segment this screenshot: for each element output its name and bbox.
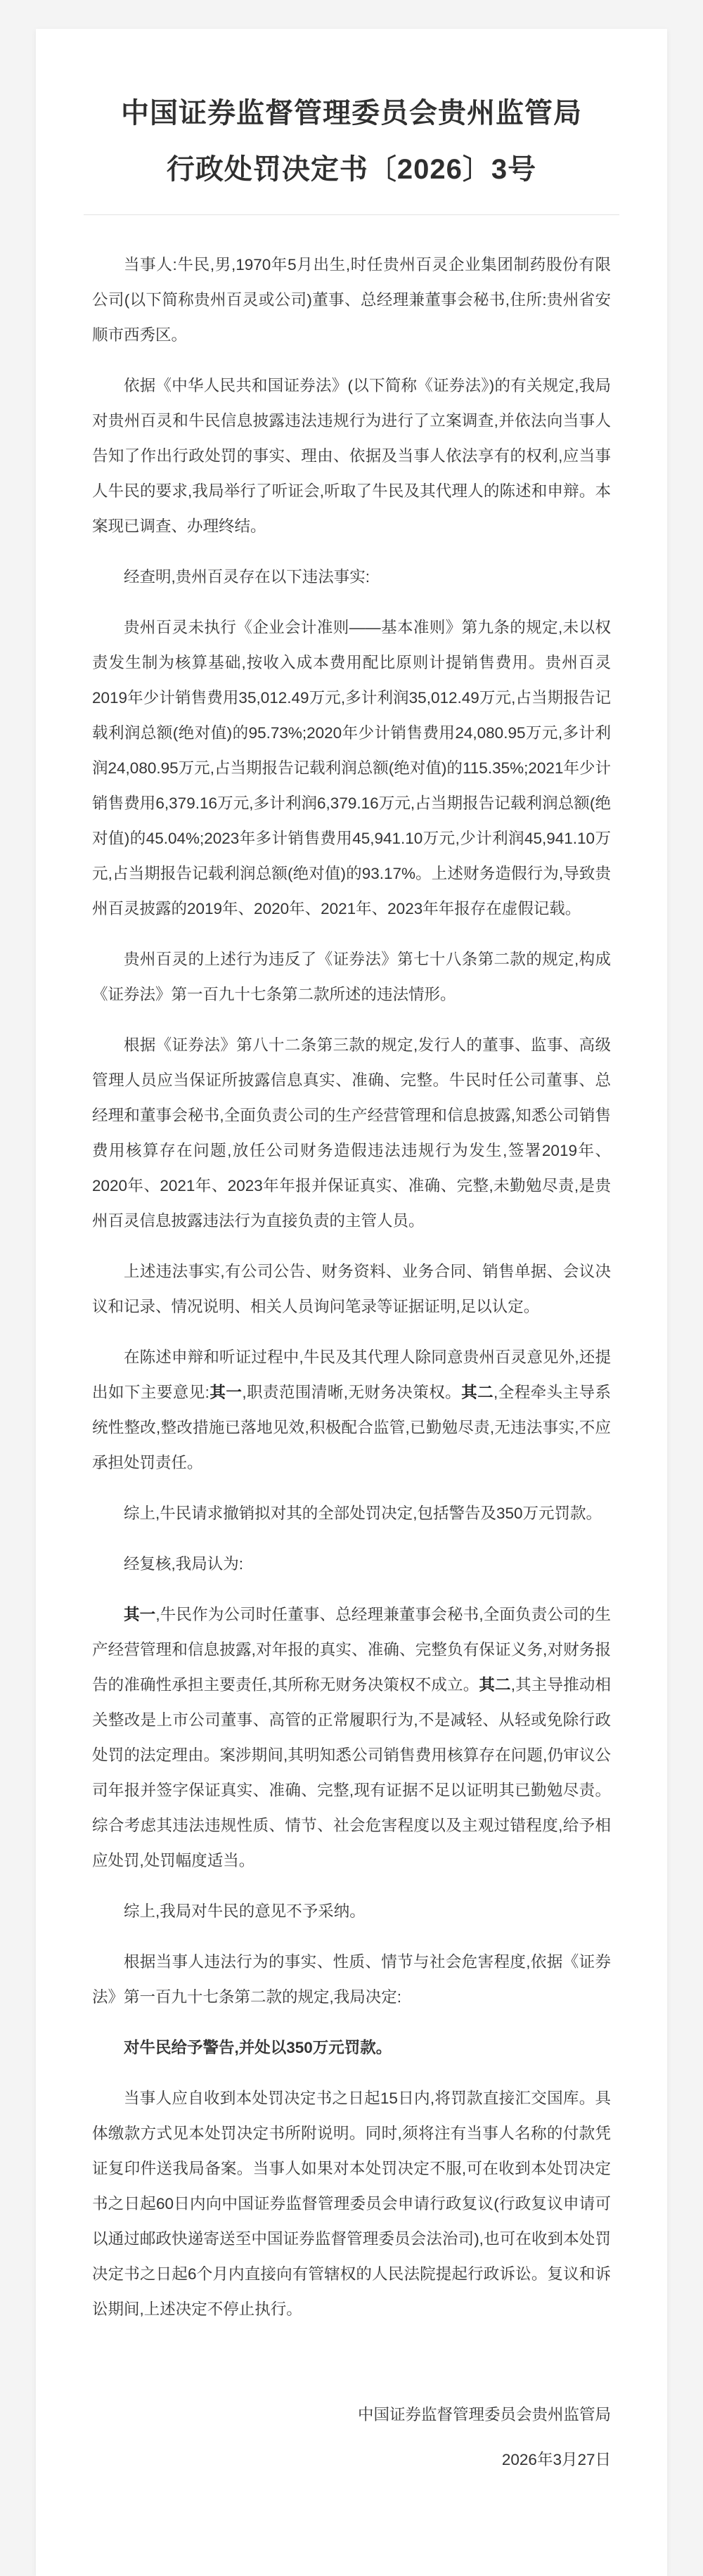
title-divider: [84, 214, 619, 215]
paragraph-review: 其一,牛民作为公司时任董事、总经理兼董事会秘书,全面负责公司的生产经营管理和信息…: [92, 1597, 611, 1879]
paragraph-penalty: 对牛民给予警告,并处以350万元罚款。: [92, 2030, 611, 2066]
paragraph-violation: 贵州百灵的上述行为违反了《证券法》第七十八条第二款的规定,构成《证券法》第一百九…: [92, 942, 611, 1012]
issuer-name: 中国证券监督管理委员会贵州监管局: [92, 2397, 611, 2433]
title-line-1: 中国证券监督管理委员会贵州监管局: [92, 85, 611, 141]
review-point-2-label: 其二: [479, 1676, 510, 1694]
paragraph-review-intro: 经复核,我局认为:: [92, 1547, 611, 1582]
paragraph-evidence: 上述违法事实,有公司公告、财务资料、业务合同、销售单据、会议决议和记录、情况说明…: [92, 1254, 611, 1325]
issue-date: 2026年3月27日: [92, 2442, 611, 2478]
paragraph-financial-facts: 贵州百灵未执行《企业会计准则——基本准则》第九条的规定,未以权责发生制为核算基础…: [92, 610, 611, 927]
document-card: 中国证券监督管理委员会贵州监管局 行政处罚决定书〔2026〕3号 当事人:牛民,…: [36, 29, 667, 2576]
paragraph-rejection: 综上,我局对牛民的意见不予采纳。: [92, 1894, 611, 1929]
defense-text-c: ,职责范围清晰,无财务决策权。: [242, 1384, 461, 1401]
review-point-1-label: 其一: [124, 1606, 155, 1623]
defense-point-2-label: 其二: [461, 1384, 494, 1401]
title-line-2: 行政处罚决定书〔2026〕3号: [92, 141, 611, 198]
paragraph-findings-intro: 经查明,贵州百灵存在以下违法事实:: [92, 560, 611, 595]
document-body: 当事人:牛民,男,1970年5月出生,时任贵州百灵企业集团制药股份有限公司(以下…: [92, 247, 611, 2327]
paragraph-defense: 在陈述申辩和听证过程中,牛民及其代理人除同意贵州百灵意见外,还提出如下主要意见:…: [92, 1340, 611, 1481]
signature-block: 中国证券监督管理委员会贵州监管局 2026年3月27日: [92, 2397, 611, 2478]
defense-point-1-label: 其一: [209, 1384, 242, 1401]
paragraph-request: 综上,牛民请求撤销拟对其的全部处罚决定,包括警告及350万元罚款。: [92, 1496, 611, 1531]
paragraph-party: 当事人:牛民,男,1970年5月出生,时任贵州百灵企业集团制药股份有限公司(以下…: [92, 247, 611, 353]
paragraph-payment-appeal: 当事人应自收到本处罚决定书之日起15日内,将罚款直接汇交国库。具体缴款方式见本处…: [92, 2081, 611, 2327]
paragraph-responsibility: 根据《证券法》第八十二条第三款的规定,发行人的董事、监事、高级管理人员应当保证所…: [92, 1028, 611, 1239]
review-text-d: ,其主导推动相关整改是上市公司董事、高管的正常履职行为,不是减轻、从轻或免除行政…: [92, 1676, 611, 1869]
paragraph-decision-basis: 根据当事人违法行为的事实、性质、情节与社会危害程度,依据《证券法》第一百九十七条…: [92, 1945, 611, 2015]
paragraph-procedure: 依据《中华人民共和国证券法》(以下简称《证券法》)的有关规定,我局对贵州百灵和牛…: [92, 368, 611, 544]
document-title: 中国证券监督管理委员会贵州监管局 行政处罚决定书〔2026〕3号: [92, 85, 611, 198]
